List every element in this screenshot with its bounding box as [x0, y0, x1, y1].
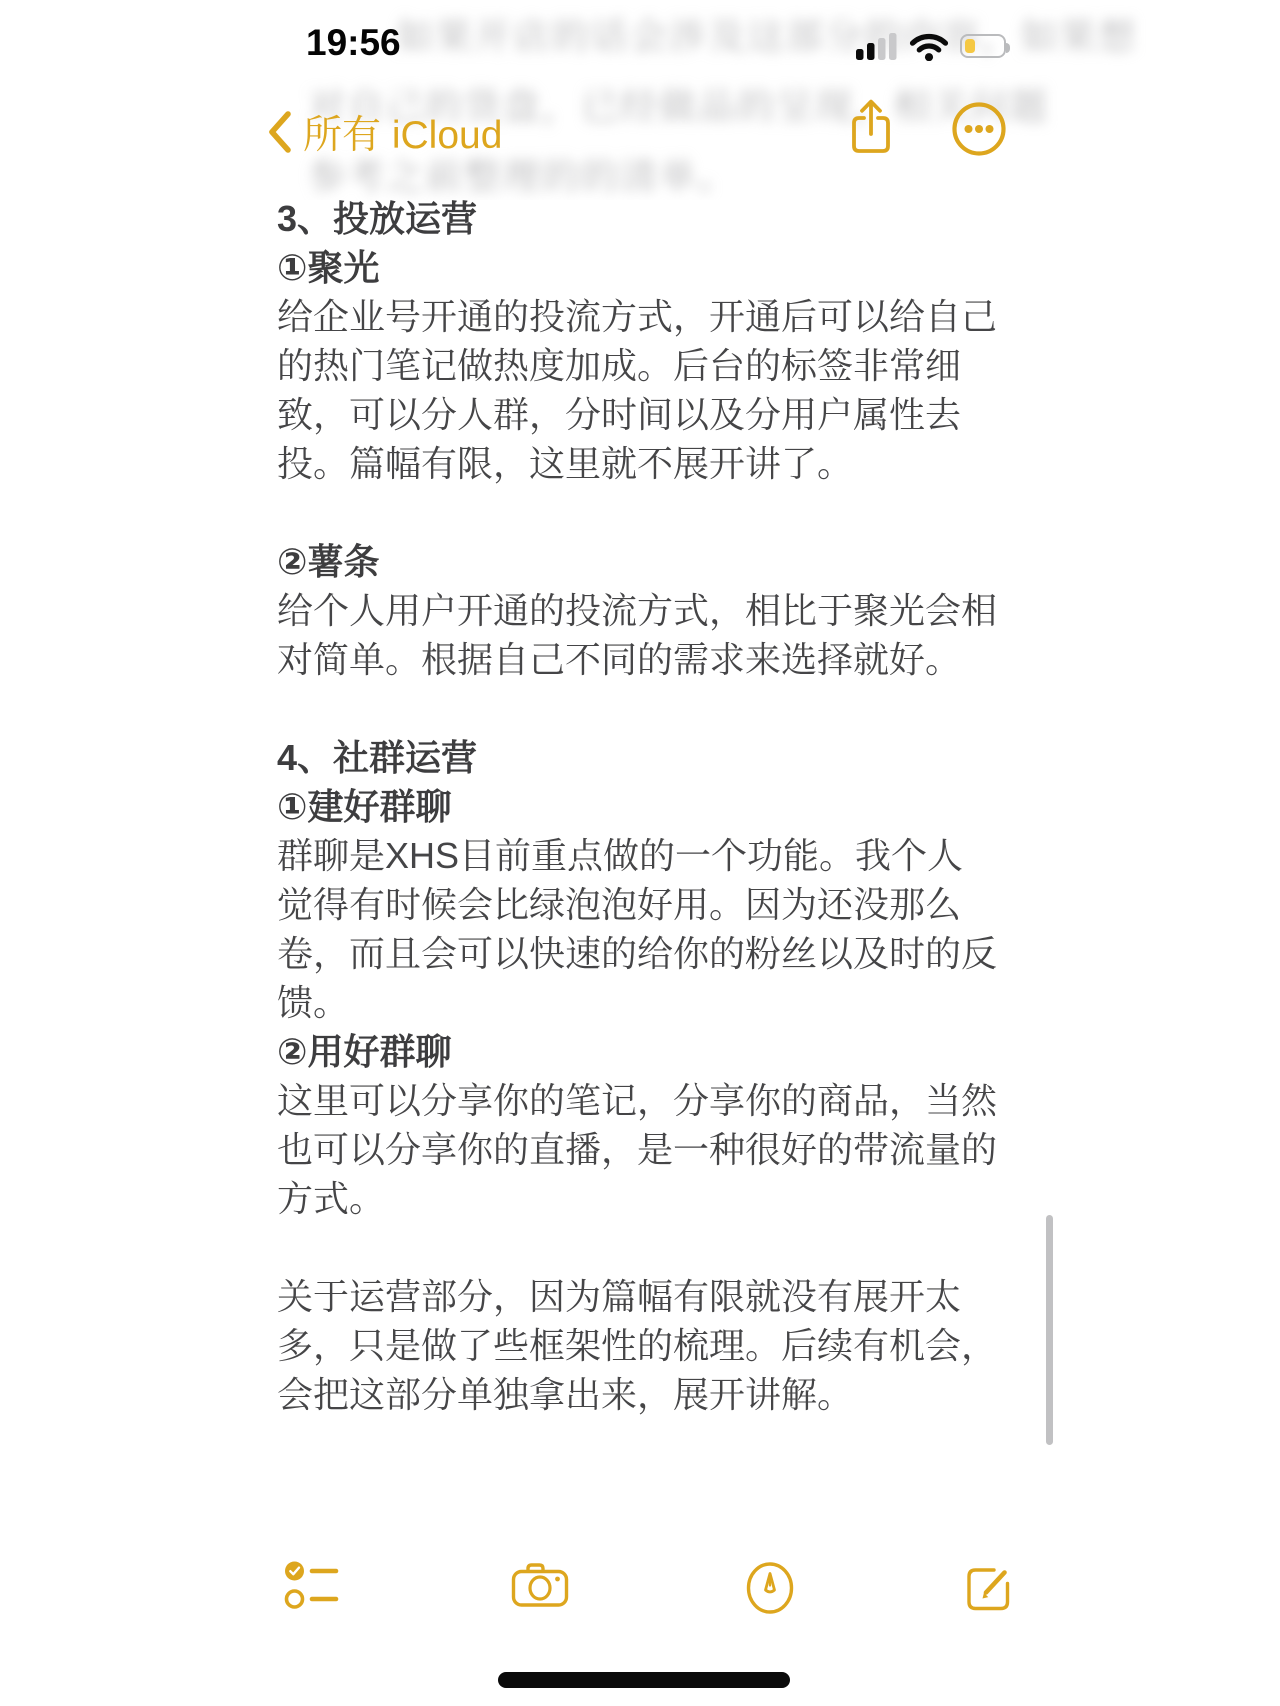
note-heading: ①聚光: [277, 243, 1013, 292]
more-options-icon: [950, 100, 1008, 158]
note-paragraph: 给个人用户开通的投流方式，相比于聚光会相 对简单。根据自己不同的需求来选择就好。: [277, 586, 1013, 684]
compose-button[interactable]: [962, 1560, 1016, 1621]
share-button[interactable]: [846, 96, 896, 163]
battery-nub: [1006, 43, 1010, 53]
more-options-button[interactable]: [950, 100, 1008, 163]
note-heading: 3、投放运营: [277, 194, 1013, 243]
blurred-note-line: 如果开店的话会涉及这部分的内容，如果想: [396, 6, 1137, 60]
note-heading: 4、社群运营: [277, 733, 1013, 782]
note-blank-line: [277, 488, 1013, 537]
cellular-signal-icon: [856, 33, 898, 60]
chevron-left-icon: [266, 109, 293, 155]
note-heading: ②薯条: [277, 537, 1013, 586]
status-time: 19:56: [306, 22, 401, 64]
back-button[interactable]: 所有 iCloud: [266, 104, 502, 160]
battery-fill: [965, 39, 975, 53]
scrollbar-thumb[interactable]: [1046, 1215, 1053, 1445]
compose-icon: [962, 1560, 1016, 1616]
wifi-icon: [909, 32, 949, 61]
home-indicator[interactable]: [498, 1672, 790, 1688]
checklist-button[interactable]: [284, 1560, 340, 1615]
status-icons: [856, 32, 1006, 60]
note-blank-line: [277, 684, 1013, 733]
note-heading: ②用好群聊: [277, 1027, 1013, 1076]
note-paragraph: 这里可以分享你的笔记，分享你的商品，当然 也可以分享你的直播，是一种很好的带流量…: [277, 1076, 1013, 1223]
share-icon: [846, 96, 896, 158]
blurred-scrolled-text: 如果开店的话会涉及这部分的内容，如果想对自己的货盘，已经做品的呈现，相关问题参考…: [0, 0, 1280, 200]
note-paragraph: 群聊是XHS目前重点做的一个功能。我个人 觉得有时候会比绿泡泡好用。因为还没那么…: [277, 831, 1013, 1027]
back-button-label: 所有 iCloud: [303, 104, 502, 160]
note-blank-line: [277, 1223, 1013, 1272]
markup-pen-icon: [744, 1560, 796, 1616]
battery-icon: [960, 34, 1006, 58]
note-heading: ①建好群聊: [277, 782, 1013, 831]
markup-button[interactable]: [744, 1560, 796, 1621]
camera-button[interactable]: [511, 1560, 569, 1613]
note-editor-area[interactable]: 3、投放运营①聚光给企业号开通的投流方式，开通后可以给自己 的热门笔记做热度加成…: [277, 194, 1013, 1419]
note-paragraph: 关于运营部分，因为篇幅有限就没有展开太 多，只是做了些框架性的梳理。后续有机会，…: [277, 1272, 1013, 1419]
note-paragraph: 给企业号开通的投流方式，开通后可以给自己 的热门笔记做热度加成。后台的标签非常细…: [277, 292, 1013, 488]
camera-icon: [511, 1560, 569, 1608]
checklist-icon: [284, 1560, 340, 1610]
